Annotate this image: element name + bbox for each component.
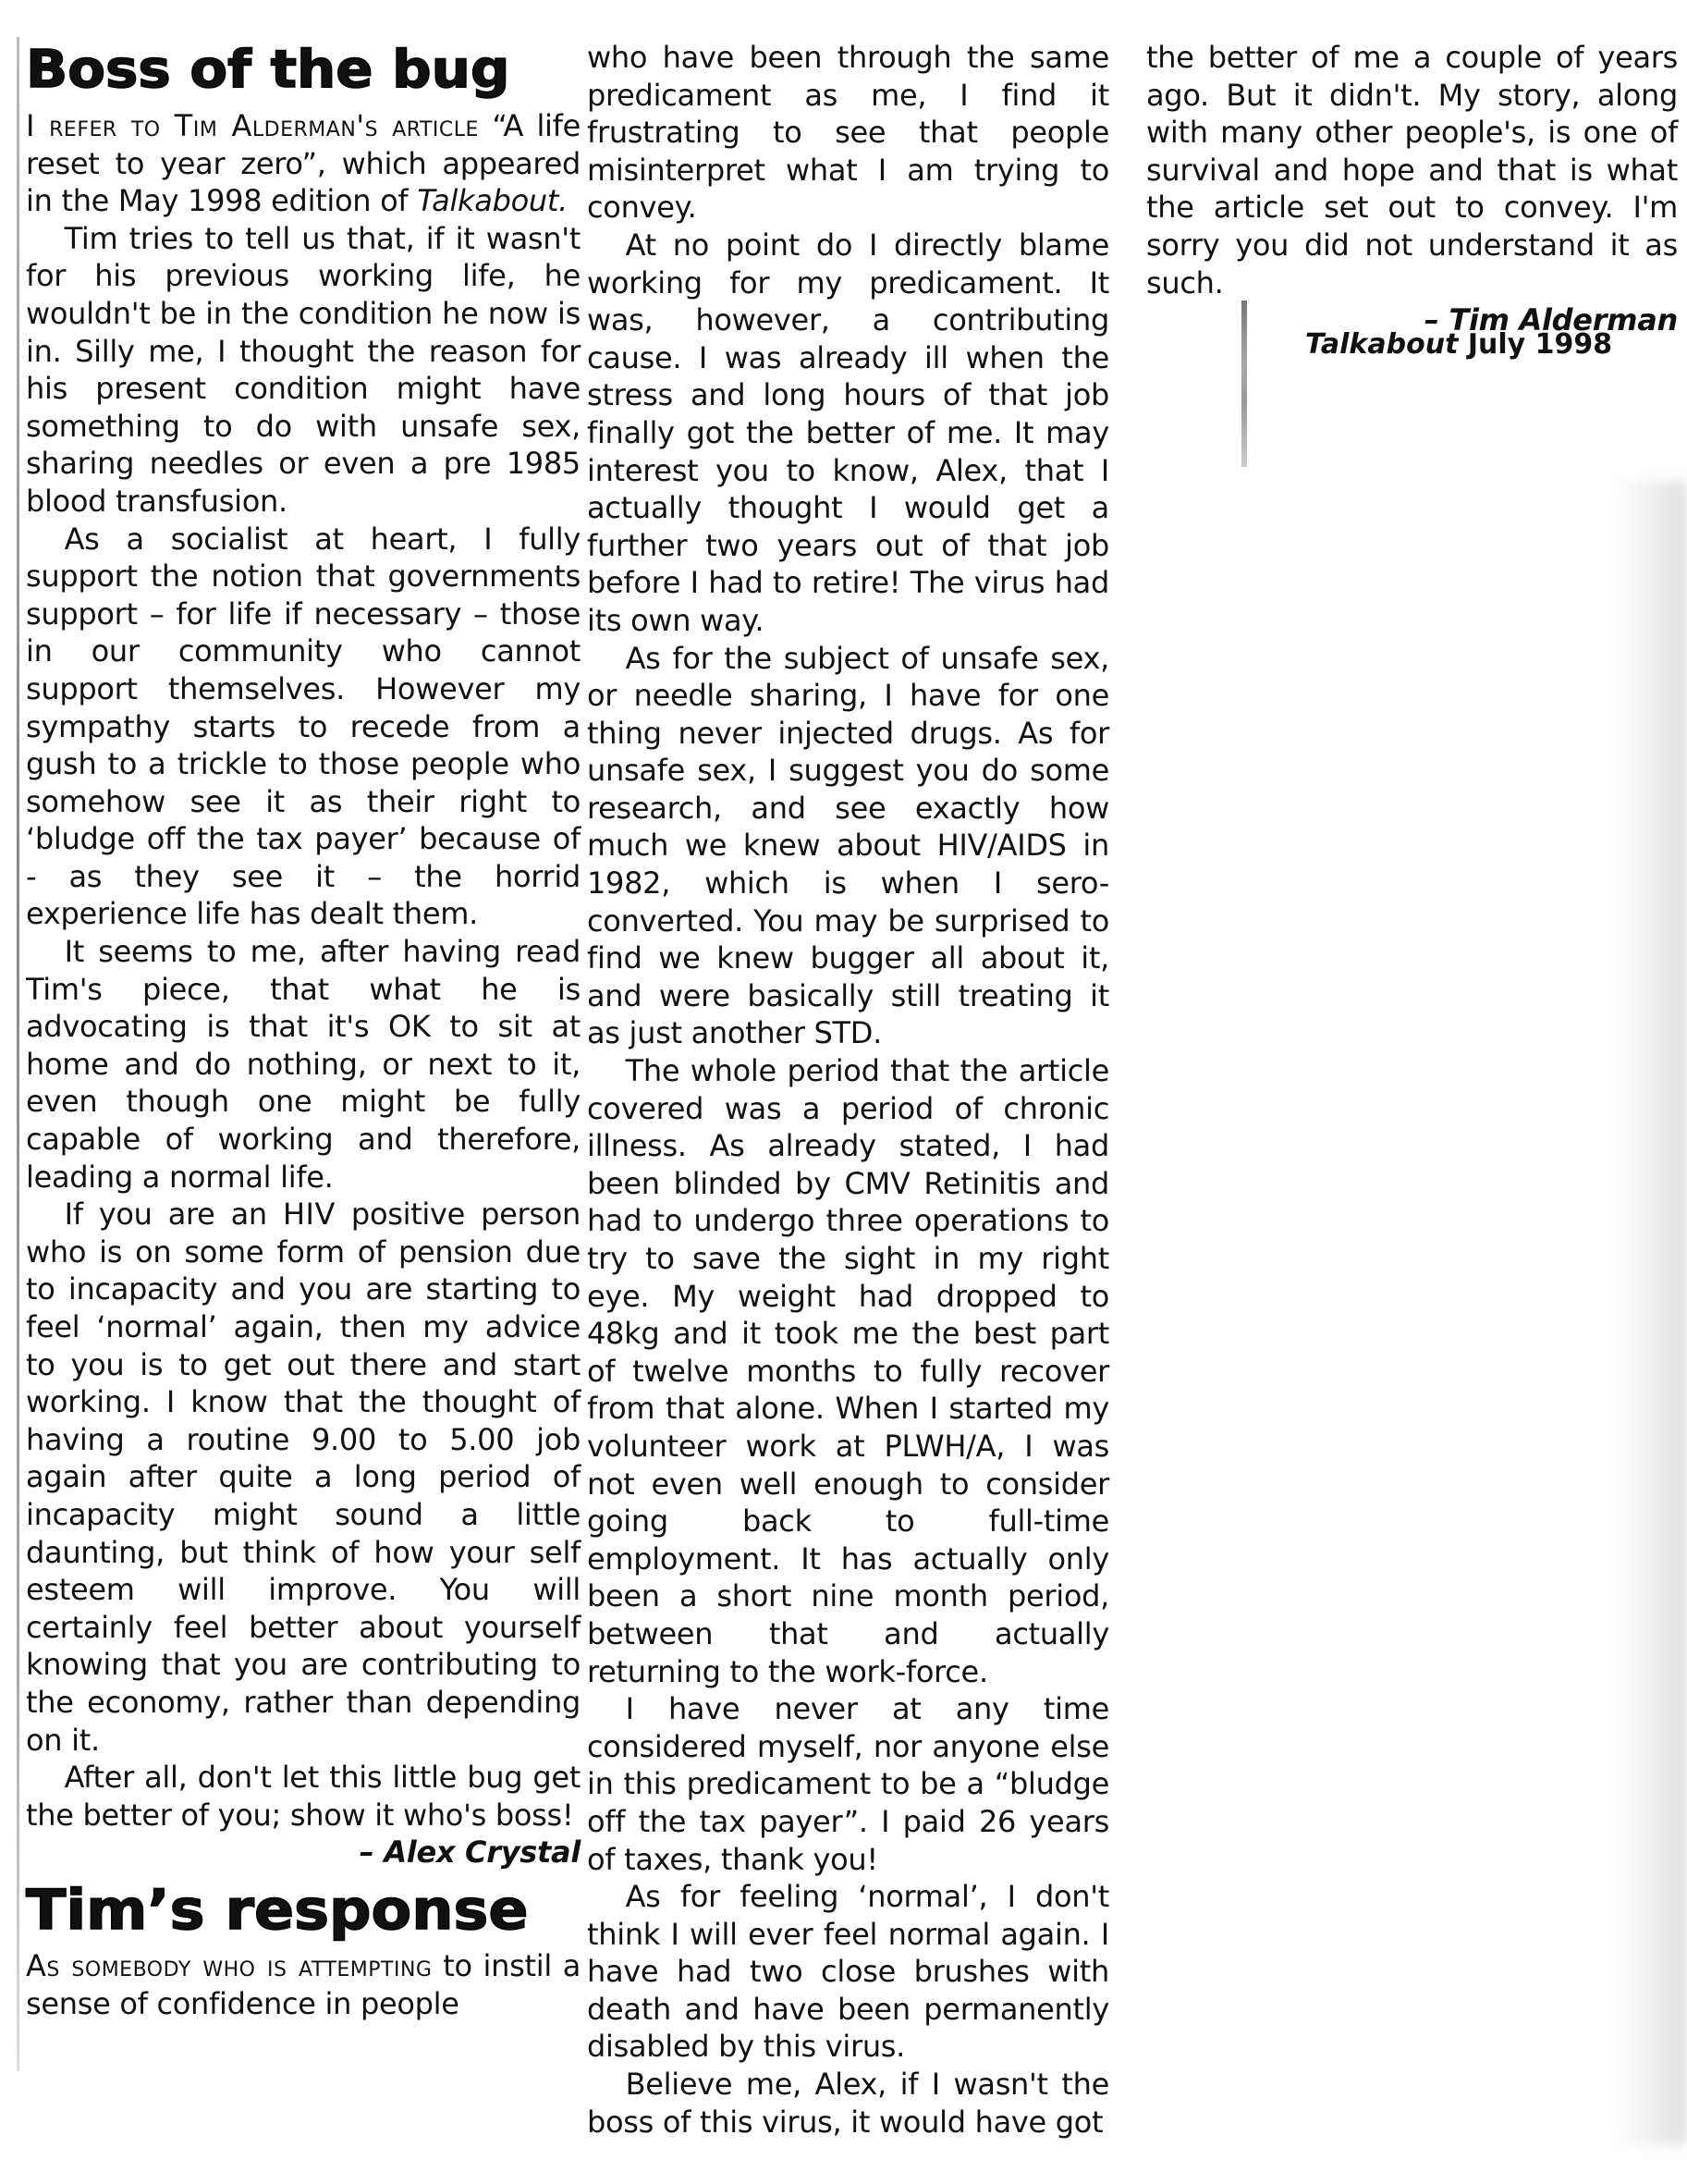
response-paragraph: who have been through the same predicame…: [587, 39, 1109, 227]
column-middle: who have been through the same predicame…: [587, 39, 1109, 2141]
response-headline: Tim’s response: [26, 1877, 614, 1944]
scan-edge-shadow: [1613, 481, 1687, 2145]
response-paragraph: At no point do I directly blame working …: [587, 227, 1109, 640]
letter-headline: Boss of the bug: [26, 37, 614, 104]
letter-paragraph: Tim tries to tell us that, if it wasn't …: [26, 220, 581, 521]
letter-lead-in: I refer to Tim Alderman's article: [26, 108, 479, 143]
response-paragraph: the better of me a couple of years ago. …: [1146, 39, 1678, 301]
letter-text-hiv: HIV: [283, 1196, 336, 1232]
letter-paragraph: It seems to me, after having read Tim's …: [26, 933, 581, 1196]
response-paragraph: As for the subject of unsafe sex, or nee…: [587, 640, 1109, 1053]
caption-rule: [1241, 301, 1247, 467]
caption-date: July 1998: [1468, 328, 1612, 361]
response-paragraph: As for feeling ‘normal’, I don't think I…: [587, 1878, 1109, 2066]
publication-reference: Talkabout.: [417, 183, 568, 218]
page-margin-rule: [17, 37, 19, 2071]
letter-paragraph: If you are an HIV positive person who is…: [26, 1196, 581, 1759]
letter-paragraph: After all, don't let this little bug get…: [26, 1759, 581, 1834]
letter-opening: I refer to Tim Alderman's article “A lif…: [26, 107, 581, 220]
column-left: Boss of the bug I refer to Tim Alderman'…: [26, 37, 581, 2022]
letter-signature: – Alex Crystal: [26, 1834, 581, 1871]
response-paragraph: The whole period that the article covere…: [587, 1052, 1109, 1690]
publication-caption: Talkabout July 1998: [1305, 328, 1612, 361]
letter-text: If you are an: [65, 1196, 283, 1232]
response-paragraph: I have never at any time considered myse…: [587, 1690, 1109, 1878]
response-paragraph: Believe me, Alex, if I wasn't the boss o…: [587, 2066, 1109, 2141]
letter-paragraph: As a socialist at heart, I fully support…: [26, 521, 581, 934]
caption-publication: Talkabout: [1305, 328, 1458, 361]
response-opening: As somebody who is attempting to instil …: [26, 1947, 581, 2022]
letter-text: positive person who is on some form of p…: [26, 1196, 581, 1757]
column-right: the better of me a couple of years ago. …: [1146, 39, 1678, 339]
response-lead-in: As somebody who is attempting: [26, 1948, 432, 1983]
